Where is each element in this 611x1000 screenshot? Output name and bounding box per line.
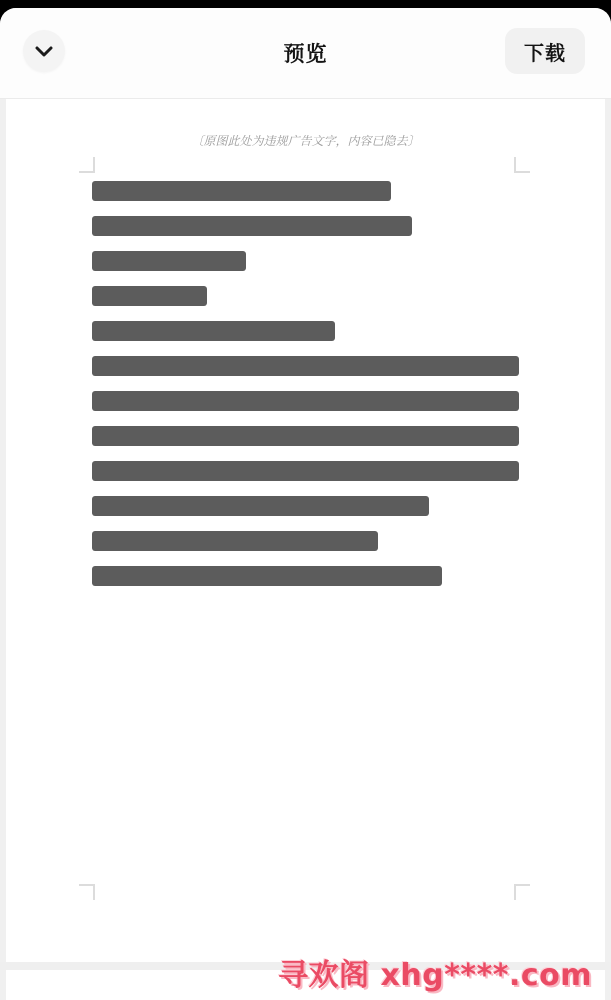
corner-mark-bottom-left bbox=[79, 884, 95, 900]
corner-mark-top-right bbox=[514, 157, 530, 173]
download-button[interactable]: 下载 bbox=[505, 28, 585, 74]
redacted-line bbox=[92, 566, 442, 586]
document-page: 〔原图此处为违规广告文字，内容已隐去〕 bbox=[6, 98, 605, 962]
redacted-line bbox=[92, 391, 519, 411]
preview-sheet: 预览 下载 〔原图此处为违规广告文字，内容已隐去〕 寻欢阁 xhg****.co… bbox=[0, 8, 611, 1000]
redacted-line bbox=[92, 461, 519, 481]
page-title: 预览 bbox=[120, 8, 491, 98]
corner-mark-top-left bbox=[79, 157, 95, 173]
collapse-button[interactable] bbox=[23, 30, 65, 72]
redacted-line bbox=[92, 496, 429, 516]
watermark: 寻欢阁 xhg****.com bbox=[278, 950, 592, 994]
redacted-line bbox=[92, 181, 391, 201]
chevron-down-icon bbox=[35, 46, 53, 57]
redaction-note: 〔原图此处为违规广告文字，内容已隐去〕 bbox=[6, 132, 605, 149]
redacted-line bbox=[92, 356, 519, 376]
redacted-line bbox=[92, 426, 519, 446]
corner-mark-bottom-right bbox=[514, 884, 530, 900]
redacted-line bbox=[92, 321, 335, 341]
redacted-line bbox=[92, 251, 246, 271]
app-bar: 预览 下载 bbox=[0, 8, 611, 99]
redacted-line bbox=[92, 286, 207, 306]
redacted-line bbox=[92, 531, 378, 551]
redacted-line bbox=[92, 216, 412, 236]
